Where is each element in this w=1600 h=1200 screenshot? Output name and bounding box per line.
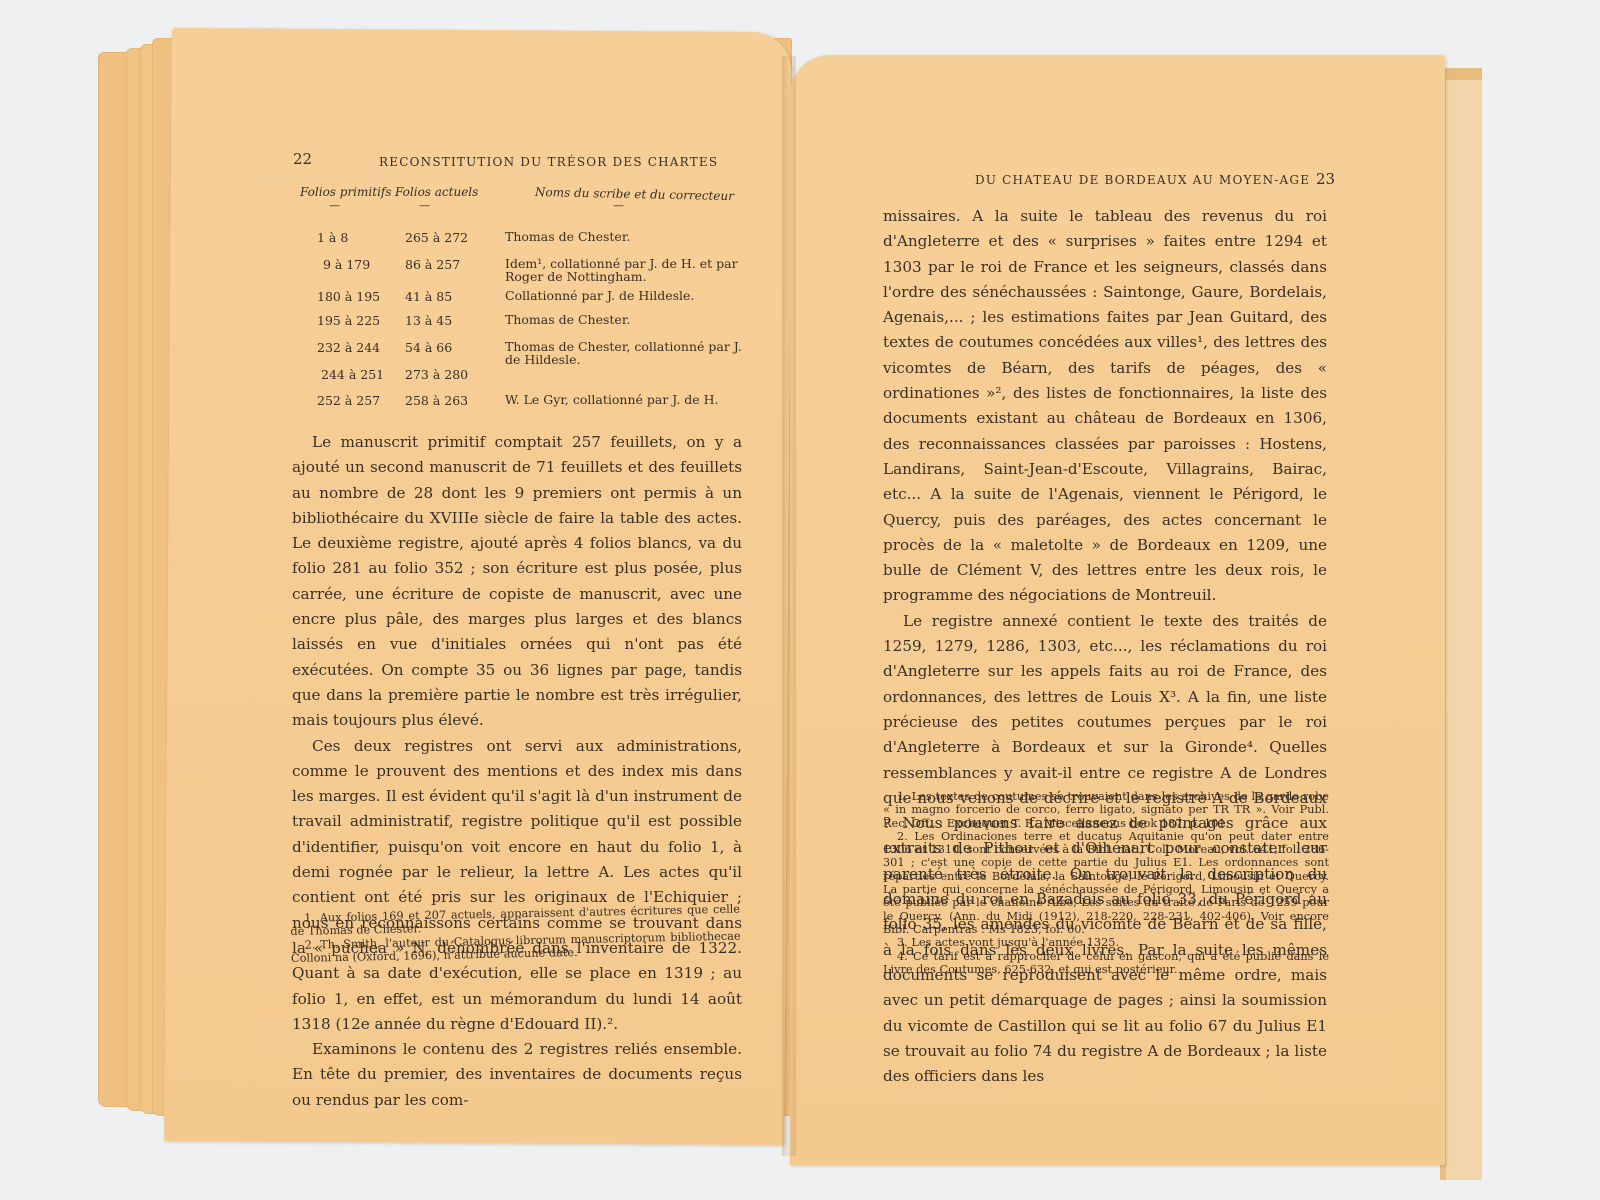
cell-primitifs: 9 à 179 [323, 257, 370, 272]
page-number-right: 23 [1316, 170, 1335, 188]
cell-primitifs: 252 à 257 [317, 393, 380, 408]
cell-noms: Thomas de Chester. [505, 313, 745, 326]
paragraph: missaires. A la suite le tableau des rev… [883, 204, 1327, 609]
left-footnotes: 1. Aux folios 169 et 207 actuels, appara… [290, 903, 741, 966]
paragraph: Ces deux registres ont servi aux adminis… [292, 734, 742, 1038]
cell-noms: Idem¹, collationné par J. de H. et par R… [505, 257, 745, 283]
cell-noms: Thomas de Chester, collationné par J. de… [505, 340, 745, 366]
left-body-text: Le manuscrit primitif comptait 257 feuil… [292, 430, 742, 1113]
cell-noms: Collationné par J. de Hildesle. [505, 289, 745, 302]
running-head-right: DU CHATEAU DE BORDEAUX AU MOYEN-AGE [975, 173, 1310, 187]
running-head-left: RECONSTITUTION DU TRÉSOR DES CHARTES [379, 155, 718, 169]
cell-actuels: 41 à 85 [405, 289, 452, 304]
table-header-actuels: Folios actuels [395, 185, 478, 199]
cell-actuels: 54 à 66 [405, 340, 452, 355]
footnote: 4. Ce tarif est à rapprocher de celui en… [883, 950, 1329, 977]
paragraph: Examinons le contenu des 2 registres rel… [292, 1037, 742, 1113]
page-number-left: 22 [293, 150, 312, 168]
footnote: 1. Les textes de coutumes se trouvaient … [883, 790, 1329, 830]
cell-primitifs: 195 à 225 [317, 313, 380, 328]
paragraph: Le manuscrit primitif comptait 257 feuil… [292, 430, 742, 734]
header-rule: — [329, 199, 340, 212]
cell-actuels: 265 à 272 [405, 230, 468, 245]
cell-primitifs: 232 à 244 [317, 340, 380, 355]
header-rule: — [613, 199, 624, 212]
footnote: 2. Les Ordinaciones terre et ducatus Aqu… [883, 830, 1329, 936]
cell-actuels: 13 à 45 [405, 313, 452, 328]
right-footnotes: 1. Les textes de coutumes se trouvaient … [883, 790, 1329, 976]
cell-noms: W. Le Gyr, collationné par J. de H. [505, 393, 745, 406]
cell-primitifs: 180 à 195 [317, 289, 380, 304]
cell-primitifs: 1 à 8 [317, 230, 348, 245]
header-rule: — [419, 199, 430, 212]
cell-primitifs: 244 à 251 [321, 367, 384, 382]
cell-actuels: 86 à 257 [405, 257, 460, 272]
book-gutter [782, 56, 796, 1156]
back-cover [1440, 68, 1482, 1180]
cell-noms: Thomas de Chester. [505, 230, 745, 243]
table-row: 9 à 179 86 à 257 Idem¹, collationné par … [295, 257, 740, 289]
cell-actuels: 258 à 263 [405, 393, 468, 408]
cell-actuels: 273 à 280 [405, 367, 468, 382]
table-row: 252 à 257 258 à 263 W. Le Gyr, collation… [295, 393, 740, 425]
footnote: 3. Les actes vont jusqu'à l'année 1325. [883, 936, 1329, 949]
table-header-primitifs: Folios primitifs [300, 185, 392, 199]
